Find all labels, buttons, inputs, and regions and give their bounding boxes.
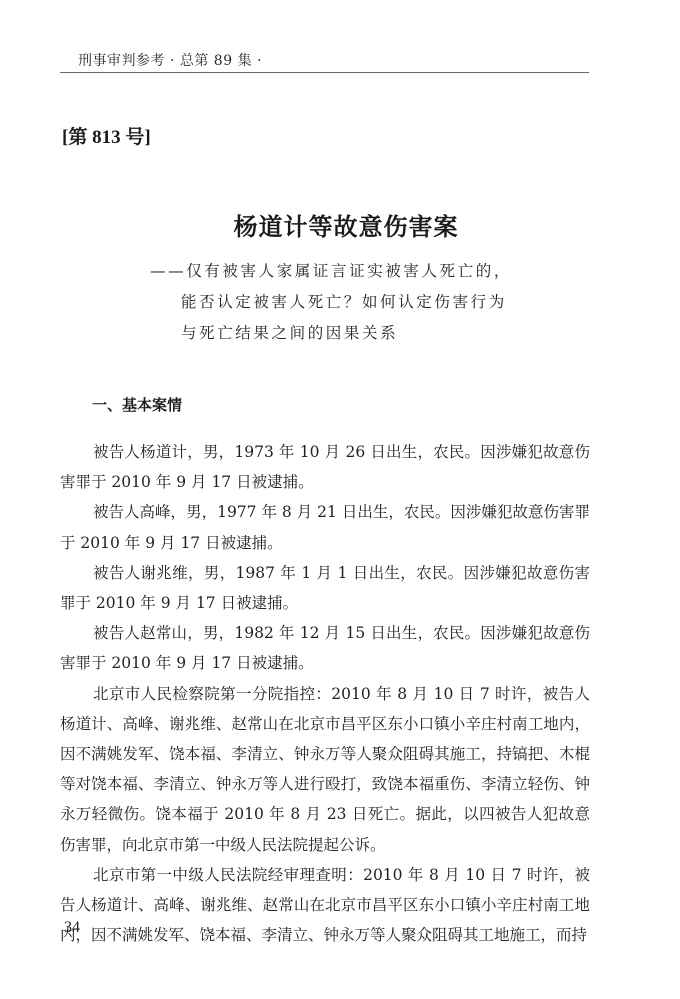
subtitle: ——仅有被害人家属证言证实被害人死亡的， 能否认定被害人死亡？如何认定伤害行为 …	[150, 256, 512, 349]
subtitle-line: 能否认定被害人死亡？如何认定伤害行为	[150, 287, 512, 318]
case-title: 杨道计等故意伤害案	[0, 207, 680, 242]
subtitle-line: 与死亡结果之间的因果关系	[150, 318, 512, 349]
paragraph: 北京市第一中级人民法院经审理查明：2010 年 8 月 10 日 7 时许，被告…	[60, 860, 590, 951]
paragraph: 被告人高峰，男，1977 年 8 月 21 日出生，农民。因涉嫌犯故意伤害罪于 …	[60, 497, 590, 557]
paragraph: 被告人赵常山，男，1982 年 12 月 15 日出生，农民。因涉嫌犯故意伤害罪…	[60, 618, 590, 678]
paragraph: 被告人谢兆维，男，1987 年 1 月 1 日出生，农民。因涉嫌犯故意伤害罪于 …	[60, 558, 590, 618]
header-rule	[60, 72, 589, 73]
paragraph: 被告人杨道计，男，1973 年 10 月 26 日出生，农民。因涉嫌犯故意伤害罪…	[60, 437, 590, 497]
section-heading: 一、基本案情	[92, 394, 182, 415]
case-number: [第 813 号]	[62, 122, 151, 149]
subtitle-line: ——仅有被害人家属证言证实被害人死亡的，	[150, 256, 512, 287]
page-number: 34	[64, 919, 80, 937]
running-head: 刑事审判参考 · 总第 89 集 ·	[78, 50, 262, 70]
body-text: 被告人杨道计，男，1973 年 10 月 26 日出生，农民。因涉嫌犯故意伤害罪…	[60, 437, 590, 950]
paragraph: 北京市人民检察院第一分院指控：2010 年 8 月 10 日 7 时许，被告人杨…	[60, 679, 590, 860]
